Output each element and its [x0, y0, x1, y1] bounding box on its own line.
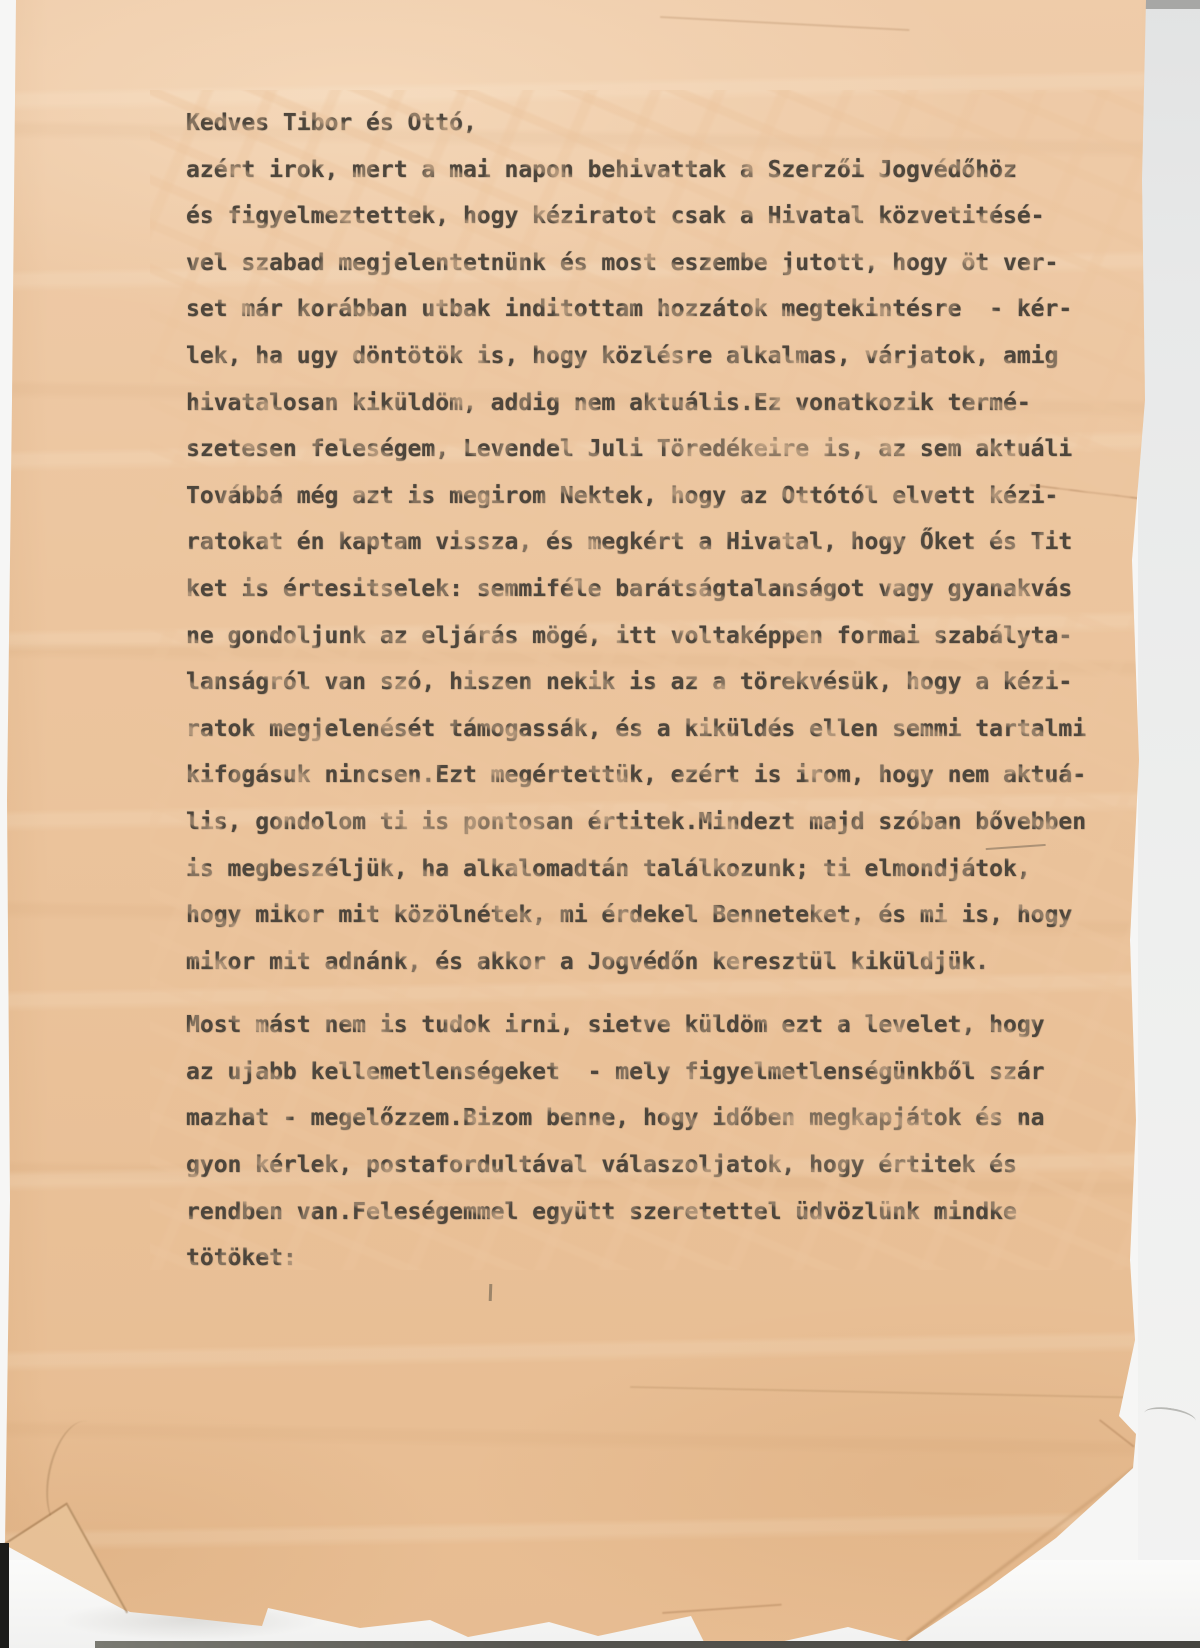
paper-tear-nick: [1099, 1419, 1135, 1448]
letter-line: ket is értesitselek: semmiféle barátságt…: [186, 566, 1196, 613]
letter-line: ratok megjelenését támogassák, és a kikü…: [186, 706, 1196, 753]
letter-line: és figyelmeztettek, hogy kéziratot csak …: [186, 193, 1196, 240]
paragraph-2: Most mást nem is tudok irni, sietve küld…: [186, 1002, 1196, 1282]
scanner-bottom-strip: [95, 1641, 1200, 1648]
letter-line: vel szabad megjelentetnünk és most eszem…: [186, 240, 1196, 287]
letter-line: lis, gondolom ti is pontosan értitek.Min…: [186, 799, 1196, 846]
letter-line: ratokat én kaptam vissza, és megkért a H…: [186, 519, 1196, 566]
letter-line: rendben van.Feleségemmel együtt szeretet…: [186, 1189, 1196, 1236]
letter-line: hivatalosan kiküldöm, addig nem aktuális…: [186, 380, 1196, 427]
paper-crease-bottom-edge: [662, 1604, 782, 1614]
letter-line: set már korábban utbak inditottam hozzát…: [186, 286, 1196, 333]
letter-line: ne gondoljunk az eljárás mögé, itt volta…: [186, 613, 1196, 660]
scan-edge-artifact-left: [0, 1543, 9, 1648]
paper-crease-bottom: [630, 1386, 1145, 1399]
paper-crease-top: [660, 16, 910, 31]
letter-line: mazhat - megelőzzem.Bizom benne, hogy id…: [186, 1095, 1196, 1142]
letter-line: gyon kérlek, postafordultával válaszolja…: [186, 1142, 1196, 1189]
letter-line: az ujabb kellemetlenségeket - mely figye…: [186, 1049, 1196, 1096]
letter-line: mikor mit adnánk, és akkor a Jogvédőn ke…: [186, 939, 1196, 986]
letter-line: lek, ha ugy döntötök is, hogy közlésre a…: [186, 333, 1196, 380]
scan-edge-top-right: [1138, 0, 1200, 9]
letter-body: Kedves Tibor és Ottó, azért irok, mert a…: [186, 100, 1196, 1282]
letter-line: lanságról van szó, hiszen nekik is az a …: [186, 659, 1196, 706]
letter-line: Továbbá még azt is megirom Nektek, hogy …: [186, 473, 1196, 520]
letter-line: szetesen feleségem, Levendel Juli Töredé…: [186, 426, 1196, 473]
paragraph-1: azért irok, mert a mai napon behivattak …: [186, 147, 1196, 986]
scanned-letter-page: Kedves Tibor és Ottó, azért irok, mert a…: [0, 0, 1200, 1648]
letter-line: is megbeszéljük, ha alkalomadtán találko…: [186, 846, 1196, 893]
stray-typewriter-mark: [489, 1284, 492, 1301]
paper-sheet: Kedves Tibor és Ottó, azért irok, mert a…: [0, 0, 1200, 1648]
letter-line: azért irok, mert a mai napon behivattak …: [186, 147, 1196, 194]
scan-background-right-band: [1138, 0, 1200, 1648]
letter-line: Most mást nem is tudok irni, sietve küld…: [186, 1002, 1196, 1049]
letter-line: hogy mikor mit közölnétek, mi érdekel Be…: [186, 892, 1196, 939]
letter-line: tötöket:: [186, 1235, 1196, 1282]
salutation-line: Kedves Tibor és Ottó,: [186, 100, 1196, 147]
letter-line: kifogásuk nincsen.Ezt megértettük, ezért…: [186, 752, 1196, 799]
